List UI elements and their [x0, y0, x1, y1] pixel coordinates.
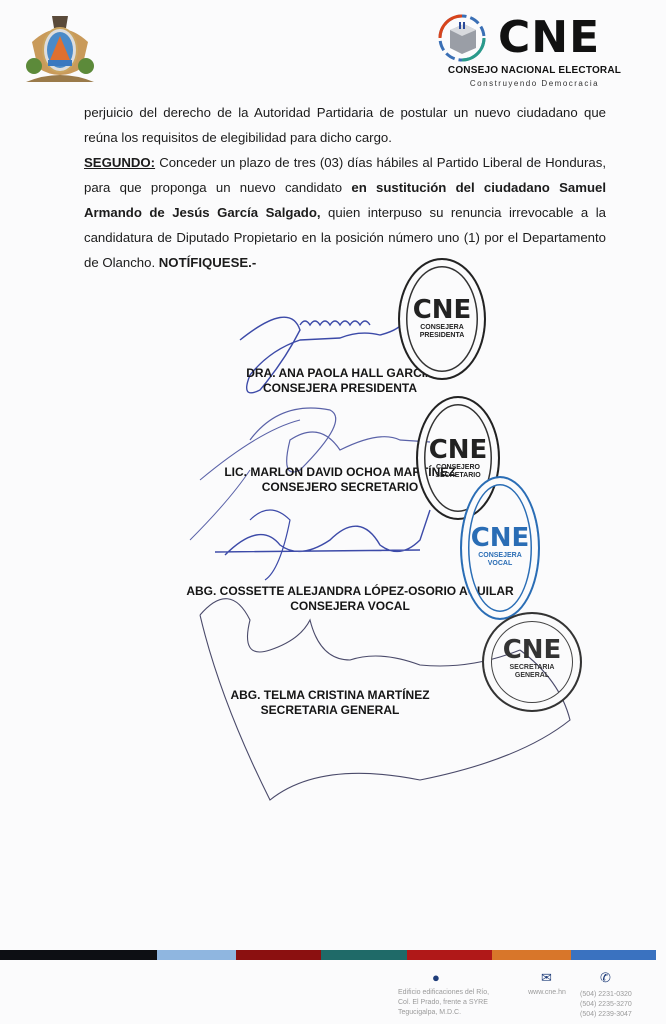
- map-pin-icon: ●: [432, 970, 440, 985]
- color-bar-segment: [0, 950, 157, 960]
- paragraph-segundo: SEGUNDO: Conceder un plazo de tres (03) …: [84, 150, 606, 275]
- stamp-role-line: VOCAL: [462, 560, 538, 568]
- stamp-center: CNE: [418, 398, 498, 464]
- color-bar-segment: [236, 950, 321, 960]
- ballot-box-icon: [432, 12, 494, 64]
- phone-icon: ✆: [600, 970, 611, 986]
- stamp-role-line: CONSEJERO: [418, 464, 498, 472]
- cne-full-name: CONSEJO NACIONAL ELECTORAL: [432, 65, 637, 76]
- stamp-center: CNE: [400, 260, 484, 324]
- paragraph-continuation: perjuicio del derecho de la Autoridad Pa…: [84, 100, 606, 150]
- signatory-title: CONSEJERA PRESIDENTA: [200, 381, 480, 396]
- stamp-role-line: SECRETARIA: [484, 664, 580, 672]
- section-heading: SEGUNDO:: [84, 155, 155, 170]
- stamp-role-line: PRESIDENTA: [400, 332, 484, 340]
- official-stamp-presidenta: CNE CONSEJERA PRESIDENTA: [398, 258, 486, 380]
- color-bar-segment: [492, 950, 571, 960]
- signatory-name: ABG. TELMA CRISTINA MARTÍNEZ: [190, 688, 470, 703]
- cne-wordmark: CNE: [498, 12, 600, 63]
- color-bar-segment: [157, 950, 236, 960]
- globe-mail-icon: ✉: [541, 970, 552, 986]
- honduras-coat-of-arms-icon: [22, 12, 98, 88]
- stamp-role-line: CONSEJERA: [400, 324, 484, 332]
- footer-address: Edificio edificaciones del Río, Col. El …: [398, 988, 508, 1018]
- signatory-title: SECRETARIA GENERAL: [190, 703, 470, 718]
- notification-label: NOTÍFIQUESE.-: [159, 255, 256, 270]
- color-bar-segment: [571, 950, 656, 960]
- cne-tagline: Construyendo Democracia: [432, 79, 637, 88]
- stamp-role-line: CONSEJERA: [462, 552, 538, 560]
- stamp-center: CNE: [484, 614, 580, 664]
- official-stamp-vocal: CNE CONSEJERA VOCAL: [460, 476, 540, 620]
- stamp-center: CNE: [462, 478, 538, 552]
- signatory-block-secretaria-general: ABG. TELMA CRISTINA MARTÍNEZ SECRETARIA …: [190, 688, 470, 718]
- color-bar-segment: [407, 950, 492, 960]
- stamp-role-line: GENERAL: [484, 672, 580, 680]
- footer-website[interactable]: www.cne.hn: [517, 988, 577, 998]
- footer-color-bar: [0, 950, 656, 960]
- footer-phones: (504) 2231-0320 (504) 2235-3270 (504) 22…: [580, 990, 660, 1020]
- cne-logo: CNE CONSEJO NACIONAL ELECTORAL Construye…: [432, 10, 637, 90]
- official-stamp-secretaria-general: CNE SECRETARIA GENERAL: [482, 612, 582, 712]
- color-bar-segment: [321, 950, 406, 960]
